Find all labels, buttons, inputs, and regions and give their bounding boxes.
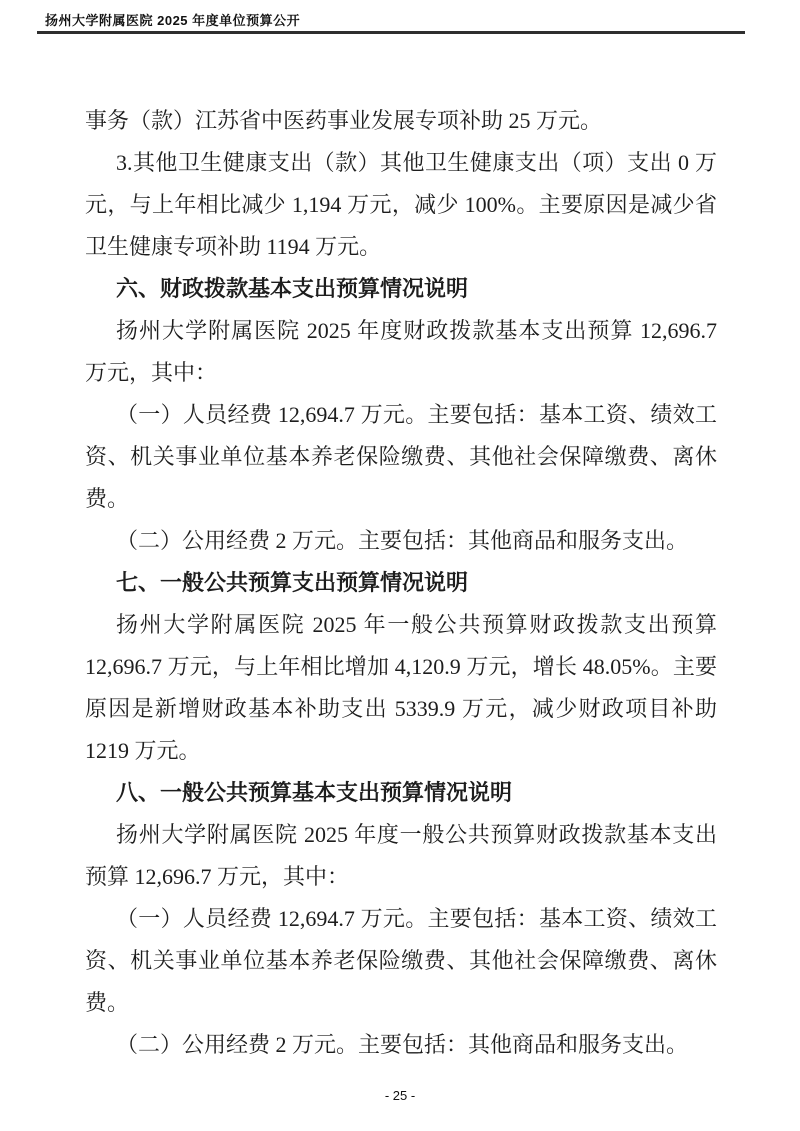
document-page: { "header": { "title": "扬州大学附属医院 2025 年度… bbox=[0, 0, 800, 1131]
section-heading-7: 七、一般公共预算支出预算情况说明 bbox=[85, 562, 717, 604]
paragraph-section-6-item-1: （一）人员经费 12,694.7 万元。主要包括：基本工资、绩效工资、机关事业单… bbox=[85, 394, 717, 520]
paragraph-item-3: 3.其他卫生健康支出（款）其他卫生健康支出（项）支出 0 万元，与上年相比减少 … bbox=[85, 142, 717, 268]
paragraph-continuation: 事务（款）江苏省中医药事业发展专项补助 25 万元。 bbox=[85, 100, 717, 142]
section-heading-8: 八、一般公共预算基本支出预算情况说明 bbox=[85, 772, 717, 814]
section-heading-6: 六、财政拨款基本支出预算情况说明 bbox=[85, 268, 717, 310]
paragraph-section-6-item-2: （二）公用经费 2 万元。主要包括：其他商品和服务支出。 bbox=[85, 520, 717, 562]
document-body: 事务（款）江苏省中医药事业发展专项补助 25 万元。 3.其他卫生健康支出（款）… bbox=[85, 100, 717, 1066]
paragraph-section-8-item-1: （一）人员经费 12,694.7 万元。主要包括：基本工资、绩效工资、机关事业单… bbox=[85, 898, 717, 1024]
page-number: - 25 - bbox=[385, 1088, 415, 1103]
paragraph-section-7-body: 扬州大学附属医院 2025 年一般公共预算财政拨款支出预算 12,696.7 万… bbox=[85, 604, 717, 772]
paragraph-section-6-intro: 扬州大学附属医院 2025 年度财政拨款基本支出预算 12,696.7 万元，其… bbox=[85, 310, 717, 394]
document-header-title: 扬州大学附属医院 2025 年度单位预算公开 bbox=[45, 10, 300, 29]
paragraph-section-8-item-2: （二）公用经费 2 万元。主要包括：其他商品和服务支出。 bbox=[85, 1024, 717, 1066]
paragraph-section-8-intro: 扬州大学附属医院 2025 年度一般公共预算财政拨款基本支出预算 12,696.… bbox=[85, 814, 717, 898]
page-footer: - 25 - bbox=[0, 1088, 800, 1103]
header-divider-rule bbox=[37, 31, 745, 34]
